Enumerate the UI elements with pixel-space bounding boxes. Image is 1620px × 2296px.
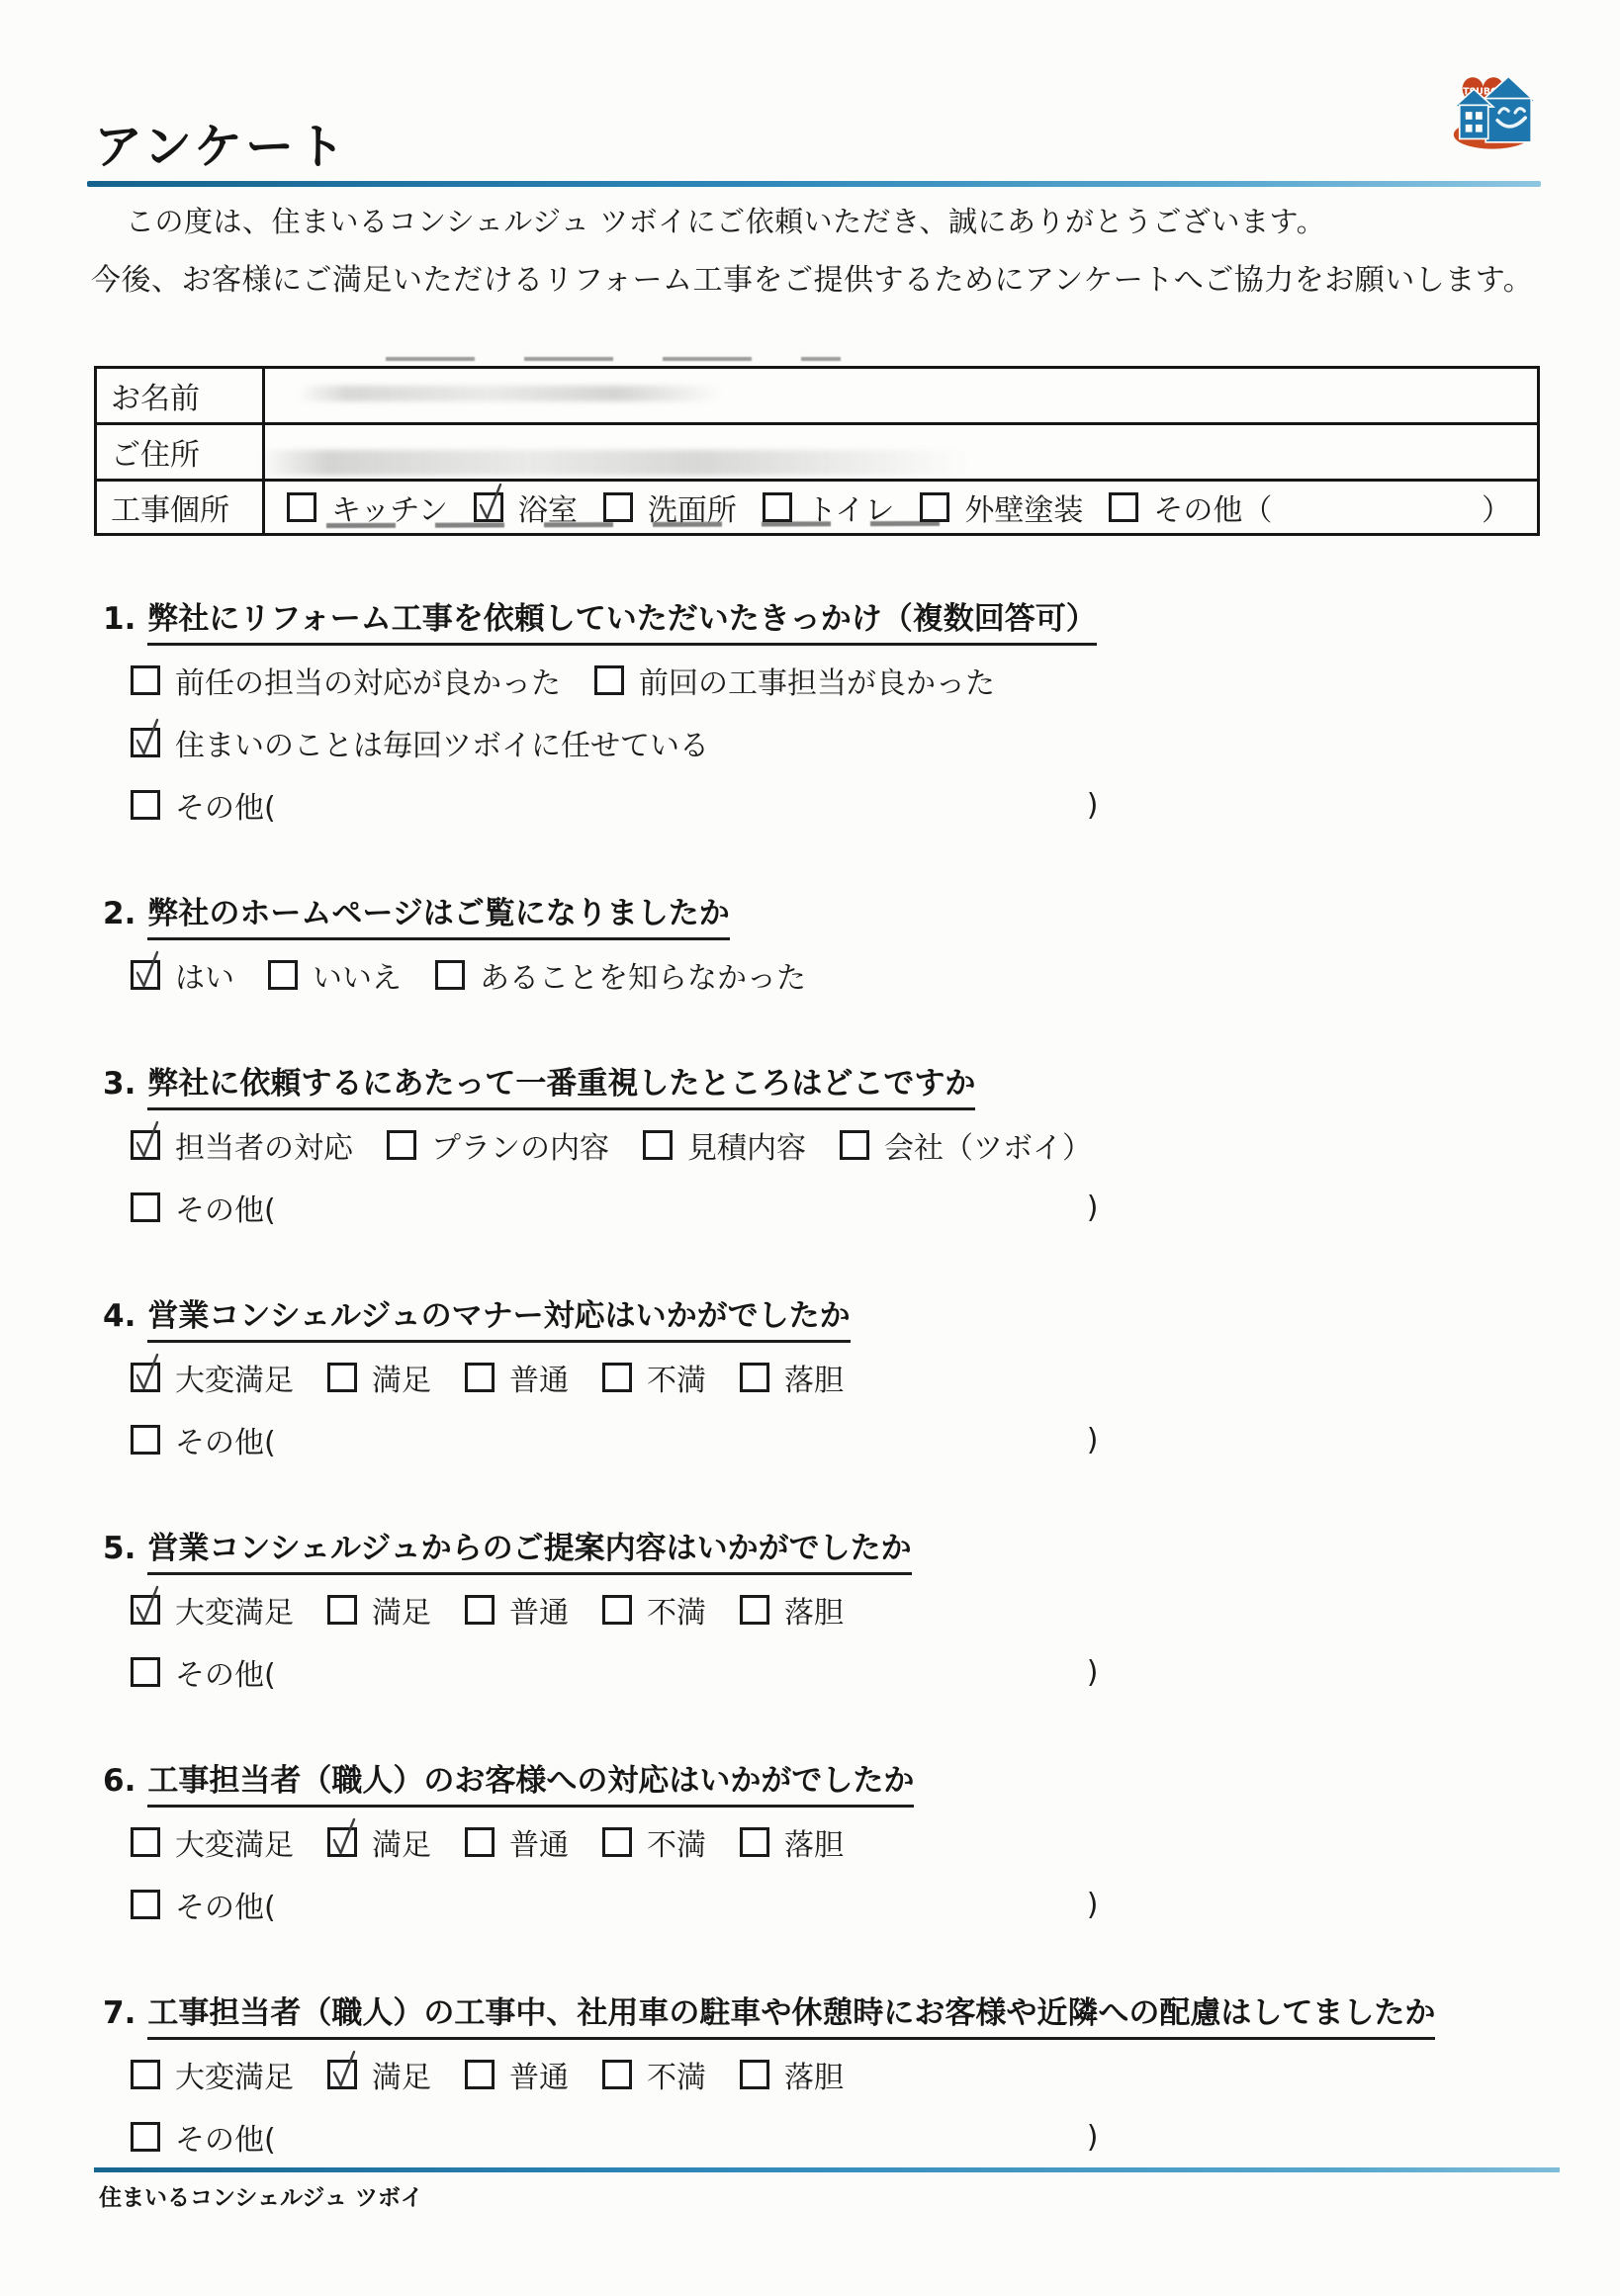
- question-block: 6.工事担当者（職人）のお客様への対応はいかがでしたか大変満足満足普通不満落胆そ…: [103, 1755, 1557, 1924]
- survey-option: 普通: [465, 2053, 569, 2096]
- footer-divider-line: [94, 2167, 1560, 2172]
- checkbox-unchecked[interactable]: [740, 2060, 769, 2089]
- survey-option: いいえ: [268, 953, 402, 997]
- checkbox-unchecked[interactable]: [131, 665, 160, 695]
- checkbox-unchecked[interactable]: [1109, 492, 1138, 522]
- customer-info-table: お名前 ご住所 工事個所 キッチン浴室洗面所トイレ外壁塗装その他（）: [94, 366, 1540, 536]
- survey-option: 担当者の対応: [131, 1123, 353, 1167]
- intro-paragraph-1: この度は、住まいるコンシェルジュ ツボイにご依頼いただき、誠にありがとうございま…: [126, 200, 1325, 240]
- name-value-cell[interactable]: [265, 369, 1537, 422]
- checkbox-unchecked[interactable]: [603, 492, 633, 522]
- checkbox-unchecked[interactable]: [387, 1130, 416, 1160]
- checkbox-unchecked[interactable]: [465, 2060, 495, 2089]
- survey-option: あることを知らなかった: [435, 953, 806, 997]
- question-block: 7.工事担当者（職人）の工事中、社用車の駐車や休憩時にお客様や近隣への配慮はして…: [103, 1987, 1557, 2157]
- survey-option: 不満: [602, 1588, 706, 1632]
- question-number: 4.: [103, 1298, 135, 1334]
- checkbox-checked[interactable]: [131, 960, 160, 990]
- checkbox-unchecked[interactable]: [763, 492, 792, 522]
- survey-option: トイレ: [763, 486, 895, 529]
- checkbox-unchecked[interactable]: [465, 1827, 495, 1857]
- question-heading: 2.弊社のホームページはご覧になりましたか: [103, 888, 1557, 932]
- checkbox-unchecked[interactable]: [840, 1130, 869, 1160]
- survey-option: 見積内容: [643, 1123, 806, 1167]
- survey-option: 不満: [602, 1820, 706, 1864]
- handwritten-check-icon: [327, 1815, 361, 1859]
- tsuboi-logo-icon: TSUBOI: [1450, 67, 1535, 158]
- question-title: 営業コンシェルジュからのご提案内容はいかがでしたか: [147, 1531, 911, 1575]
- option-label: その他(: [175, 2115, 276, 2159]
- question-number: 1.: [103, 601, 135, 637]
- option-label: 不満: [647, 1588, 706, 1632]
- checkbox-unchecked[interactable]: [268, 960, 298, 990]
- close-paren: ): [1087, 1191, 1099, 1225]
- option-label: 大変満足: [175, 2053, 294, 2096]
- question-block: 4.営業コンシェルジュのマナー対応はいかがでしたか大変満足満足普通不満落胆その他…: [103, 1290, 1557, 1459]
- option-row: 住まいのことは毎回ツボイに任せている: [103, 723, 1557, 762]
- checkbox-unchecked[interactable]: [602, 1595, 632, 1625]
- option-label: 住まいのことは毎回ツボイに任せている: [175, 721, 709, 764]
- checkbox-unchecked[interactable]: [131, 2060, 160, 2089]
- option-label: 外壁塗装: [964, 486, 1083, 529]
- survey-option: 満足: [327, 1356, 431, 1399]
- checkbox-unchecked[interactable]: [131, 1890, 160, 1919]
- option-row: 担当者の対応プランの内容見積内容会社（ツボイ）: [103, 1125, 1557, 1165]
- option-row: 大変満足満足普通不満落胆: [103, 2055, 1557, 2094]
- checkbox-unchecked[interactable]: [602, 1363, 632, 1392]
- question-block: 3.弊社に依頼するにあたって一番重視したところはどこですか担当者の対応プランの内…: [103, 1058, 1557, 1227]
- option-row: 大変満足満足普通不満落胆: [103, 1358, 1557, 1397]
- checkbox-checked[interactable]: [131, 1363, 160, 1392]
- checkbox-checked[interactable]: [327, 1827, 357, 1857]
- survey-option: 大変満足: [131, 1588, 294, 1632]
- option-label: はい: [175, 953, 234, 997]
- survey-option: その他(): [131, 1186, 1098, 1229]
- survey-option: 大変満足: [131, 2053, 294, 2096]
- option-row: その他(): [103, 1188, 1557, 1227]
- question-heading: 3.弊社に依頼するにあたって一番重視したところはどこですか: [103, 1058, 1557, 1103]
- checkbox-unchecked[interactable]: [435, 960, 465, 990]
- checkbox-unchecked[interactable]: [740, 1363, 769, 1392]
- option-label: その他(: [175, 783, 276, 827]
- checkbox-unchecked[interactable]: [131, 2122, 160, 2152]
- survey-option: 住まいのことは毎回ツボイに任せている: [131, 721, 709, 764]
- option-row: 大変満足満足普通不満落胆: [103, 1822, 1557, 1862]
- question-heading: 5.営業コンシェルジュからのご提案内容はいかがでしたか: [103, 1523, 1557, 1567]
- checkbox-unchecked[interactable]: [131, 1657, 160, 1687]
- option-row: その他(): [103, 785, 1557, 825]
- checkbox-unchecked[interactable]: [740, 1827, 769, 1857]
- survey-option: 満足: [327, 2053, 431, 2096]
- checkbox-checked[interactable]: [131, 728, 160, 757]
- option-label: 見積内容: [687, 1123, 806, 1167]
- question-title: 営業コンシェルジュのマナー対応はいかがでしたか: [147, 1298, 850, 1343]
- address-label: ご住所: [97, 425, 265, 479]
- checkbox-unchecked[interactable]: [131, 790, 160, 820]
- survey-option: プランの内容: [387, 1123, 609, 1167]
- option-label: その他(: [175, 1418, 276, 1461]
- table-row-work-location: 工事個所 キッチン浴室洗面所トイレ外壁塗装その他（）: [97, 482, 1537, 533]
- option-label: 不満: [647, 1820, 706, 1864]
- close-paren: ): [1087, 788, 1099, 823]
- survey-option: その他(): [131, 2115, 1098, 2159]
- survey-option: その他(): [131, 1650, 1098, 1694]
- page-title: アンケート: [94, 109, 348, 178]
- survey-option: 不満: [602, 2053, 706, 2096]
- table-row-address: ご住所: [97, 425, 1537, 482]
- option-label: キッチン: [331, 486, 448, 529]
- survey-option: 落胆: [740, 1820, 844, 1864]
- handwritten-check-icon: [327, 2048, 361, 2091]
- option-label: 満足: [372, 2053, 431, 2096]
- question-block: 2.弊社のホームページはご覧になりましたかはいいいえあることを知らなかった: [103, 888, 1557, 995]
- survey-option: キッチン: [287, 486, 448, 529]
- question-block: 5.営業コンシェルジュからのご提案内容はいかがでしたか大変満足満足普通不満落胆そ…: [103, 1523, 1557, 1692]
- survey-option: その他（）: [1109, 486, 1511, 529]
- question-title: 弊社にリフォーム工事を依頼していただいたきっかけ（複数回答可）: [147, 601, 1096, 646]
- option-label: 大変満足: [175, 1820, 294, 1864]
- question-number: 5.: [103, 1531, 135, 1566]
- survey-option: 洗面所: [603, 486, 737, 529]
- name-label: お名前: [97, 369, 265, 422]
- checkbox-unchecked[interactable]: [131, 1192, 160, 1222]
- option-label: 大変満足: [175, 1588, 294, 1632]
- option-label: あることを知らなかった: [480, 953, 806, 997]
- survey-option: 大変満足: [131, 1356, 294, 1399]
- checkbox-unchecked[interactable]: [465, 1363, 495, 1392]
- survey-option: 落胆: [740, 1588, 844, 1632]
- option-row: 大変満足満足普通不満落胆: [103, 1590, 1557, 1630]
- option-label: 浴室: [518, 486, 578, 529]
- survey-option: 満足: [327, 1588, 431, 1632]
- scanned-survey-page: TSUBOI アンケート この度は、住まいるコンシェルジュ ツボイにご依頼いただ…: [0, 0, 1620, 2296]
- handwritten-check-icon: [131, 716, 164, 759]
- option-row: はいいいえあることを知らなかった: [103, 955, 1557, 995]
- close-paren: ): [1087, 1888, 1099, 1922]
- question-heading: 1.弊社にリフォーム工事を依頼していただいたきっかけ（複数回答可）: [103, 593, 1557, 638]
- checkbox-unchecked[interactable]: [920, 492, 949, 522]
- option-label: トイレ: [807, 486, 895, 529]
- survey-option: 満足: [327, 1820, 431, 1864]
- survey-option: 普通: [465, 1356, 569, 1399]
- survey-option: その他(): [131, 1418, 1098, 1461]
- question-heading: 4.営業コンシェルジュのマナー対応はいかがでしたか: [103, 1290, 1557, 1335]
- close-paren: ): [1087, 1655, 1099, 1690]
- survey-option: 前任の担当の対応が良かった: [131, 659, 561, 702]
- checkbox-unchecked[interactable]: [740, 1595, 769, 1625]
- question-number: 2.: [103, 896, 135, 931]
- survey-option: 外壁塗装: [920, 486, 1083, 529]
- option-label: 前任の担当の対応が良かった: [175, 659, 561, 702]
- option-label: プランの内容: [431, 1123, 609, 1167]
- checkbox-unchecked[interactable]: [602, 1827, 632, 1857]
- checkbox-checked[interactable]: [131, 1130, 160, 1160]
- option-label: その他(: [175, 1186, 276, 1229]
- survey-option: 普通: [465, 1588, 569, 1632]
- option-row: その他(): [103, 1420, 1557, 1459]
- checkbox-unchecked[interactable]: [602, 2060, 632, 2089]
- survey-option: 浴室: [474, 486, 578, 529]
- survey-option: 落胆: [740, 2053, 844, 2096]
- close-paren: ）: [1482, 486, 1511, 529]
- handwritten-check-icon: [131, 1351, 164, 1394]
- work-location-label: 工事個所: [97, 482, 265, 533]
- option-label: 会社（ツボイ）: [884, 1123, 1092, 1167]
- survey-option: その他(): [131, 783, 1098, 827]
- option-label: 落胆: [784, 1820, 844, 1864]
- option-label: 満足: [372, 1588, 431, 1632]
- option-row: その他(): [103, 1652, 1557, 1692]
- checkbox-unchecked[interactable]: [327, 1595, 357, 1625]
- question-title: 弊社に依頼するにあたって一番重視したところはどこですか: [147, 1066, 975, 1110]
- question-number: 7.: [103, 1995, 135, 2031]
- handwritten-check-icon: [131, 1118, 164, 1162]
- option-label: その他(: [175, 1650, 276, 1694]
- survey-option: 大変満足: [131, 1820, 294, 1864]
- option-label: 普通: [509, 1588, 569, 1632]
- option-label: 普通: [509, 2053, 569, 2096]
- option-label: 前回の工事担当が良かった: [639, 659, 995, 702]
- option-row: その他(): [103, 1885, 1557, 1924]
- option-label: いいえ: [313, 953, 402, 997]
- checkbox-unchecked[interactable]: [327, 1363, 357, 1392]
- checkbox-checked[interactable]: [474, 492, 503, 522]
- question-heading: 6.工事担当者（職人）のお客様への対応はいかがでしたか: [103, 1755, 1557, 1800]
- handwritten-check-icon: [474, 481, 507, 524]
- survey-option: 前回の工事担当が良かった: [594, 659, 995, 702]
- checkbox-checked[interactable]: [327, 2060, 357, 2089]
- survey-option: 落胆: [740, 1356, 844, 1399]
- question-block: 1.弊社にリフォーム工事を依頼していただいたきっかけ（複数回答可）前任の担当の対…: [103, 593, 1557, 825]
- checkbox-unchecked[interactable]: [465, 1595, 495, 1625]
- option-label: 落胆: [784, 1588, 844, 1632]
- option-label: 不満: [647, 2053, 706, 2096]
- option-label: 大変満足: [175, 1356, 294, 1399]
- scan-artifact-dashes: [386, 357, 841, 361]
- question-title: 工事担当者（職人）のお客様への対応はいかがでしたか: [147, 1763, 914, 1808]
- handwritten-check-icon: [131, 1583, 164, 1627]
- question-number: 3.: [103, 1066, 135, 1102]
- checkbox-checked[interactable]: [131, 1595, 160, 1625]
- option-label: 落胆: [784, 2053, 844, 2096]
- question-number: 6.: [103, 1763, 135, 1799]
- question-heading: 7.工事担当者（職人）の工事中、社用車の駐車や休憩時にお客様や近隣への配慮はして…: [103, 1987, 1557, 2032]
- work-location-options-cell: キッチン浴室洗面所トイレ外壁塗装その他（）: [265, 482, 1537, 533]
- close-paren: ): [1087, 1423, 1099, 1457]
- checkbox-unchecked[interactable]: [594, 665, 624, 695]
- question-title: 工事担当者（職人）の工事中、社用車の駐車や休憩時にお客様や近隣への配慮はしてまし…: [147, 1995, 1435, 2040]
- close-paren: ): [1087, 2120, 1099, 2155]
- tsuboi-logo: TSUBOI: [1450, 67, 1535, 158]
- handwritten-check-icon: [131, 948, 164, 992]
- survey-option: その他(): [131, 1883, 1098, 1926]
- survey-option: 普通: [465, 1820, 569, 1864]
- address-value-cell[interactable]: [265, 425, 1537, 479]
- option-label: 不満: [647, 1356, 706, 1399]
- survey-option: はい: [131, 953, 234, 997]
- table-row-name: お名前: [97, 369, 1537, 425]
- option-label: その他（: [1153, 486, 1272, 529]
- question-list: 1.弊社にリフォーム工事を依頼していただいたきっかけ（複数回答可）前任の担当の対…: [103, 593, 1557, 2220]
- survey-option: 会社（ツボイ）: [840, 1123, 1092, 1167]
- option-row: その他(): [103, 2117, 1557, 2157]
- footer-company-name: 住まいるコンシェルジュ ツボイ: [99, 2179, 423, 2212]
- intro-paragraph-2: 今後、お客様にご満足いただけるリフォーム工事をご提供するためにアンケートへご協力…: [91, 255, 1533, 299]
- work-location-options: キッチン浴室洗面所トイレ外壁塗装その他（）: [265, 482, 1537, 533]
- checkbox-unchecked[interactable]: [643, 1130, 673, 1160]
- option-label: 満足: [372, 1820, 431, 1864]
- survey-option: 不満: [602, 1356, 706, 1399]
- option-label: 担当者の対応: [175, 1123, 353, 1167]
- option-label: 落胆: [784, 1356, 844, 1399]
- option-label: 満足: [372, 1356, 431, 1399]
- option-label: 普通: [509, 1356, 569, 1399]
- title-divider-line: [87, 181, 1541, 187]
- checkbox-unchecked[interactable]: [131, 1425, 160, 1455]
- checkbox-unchecked[interactable]: [287, 492, 316, 522]
- checkbox-unchecked[interactable]: [131, 1827, 160, 1857]
- option-row: 前任の担当の対応が良かった前回の工事担当が良かった: [103, 661, 1557, 700]
- question-title: 弊社のホームページはご覧になりましたか: [147, 896, 729, 940]
- option-label: その他(: [175, 1883, 276, 1926]
- option-label: 普通: [509, 1820, 569, 1864]
- option-label: 洗面所: [648, 486, 737, 529]
